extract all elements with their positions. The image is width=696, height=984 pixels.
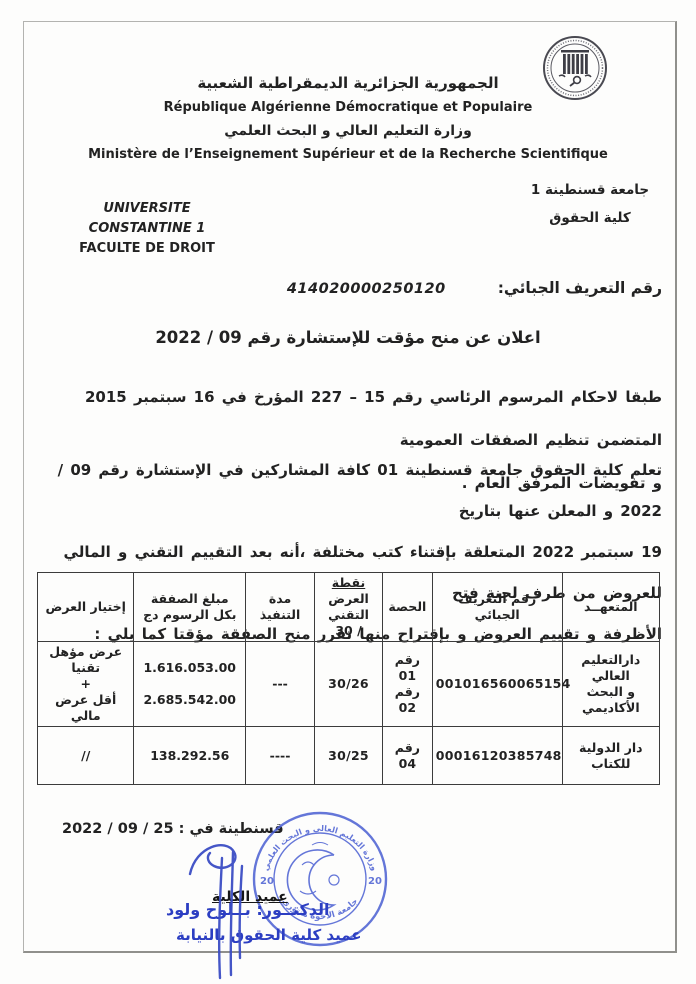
bidder-cell: دار الدولية للكتاب bbox=[562, 727, 659, 785]
table-row: دارالتعليم العالي و البحث الأكاديمي 0010… bbox=[38, 642, 660, 727]
fiscal-id-line: رقم التعريف الجبائي: 414020000250120 bbox=[287, 279, 662, 297]
fiscal-id-value: 414020000250120 bbox=[287, 281, 446, 297]
university-name-arabic: جامعة قسنطينة 1 bbox=[520, 176, 660, 204]
paragraph-line: تعلم كلية الحقوق جامعة قسنطينة 01 كافة ا… bbox=[34, 450, 662, 532]
col-header-offer-choice: إختيار العرض bbox=[38, 573, 134, 642]
ministry-name-arabic: وزارة التعليم العالي و البحث العلمي bbox=[0, 123, 696, 139]
republic-name-french: République Algérienne Démocratique et Po… bbox=[0, 100, 696, 115]
announcement-title: اعلان عن منح مؤقت للإستشارة رقم 09 / 202… bbox=[0, 328, 696, 347]
table-row: دار الدولية للكتاب 00016120385748 رقم 04… bbox=[38, 727, 660, 785]
ministry-name-french: Ministère de l’Enseignement Supérieur et… bbox=[0, 147, 696, 162]
tax-id-cell: 001016560065154 bbox=[432, 642, 562, 727]
col-header-tax-id: رقم التعريف الجبائي bbox=[432, 573, 562, 642]
lot-cell: رقم 04 bbox=[383, 727, 433, 785]
stamp-year-right: 20 bbox=[368, 876, 382, 887]
col-header-technical-score: نقطة العرض التقني / 30 bbox=[315, 573, 383, 642]
university-block-french: UNIVERSITE CONSTANTINE 1 FACULTE DE DROI… bbox=[52, 199, 242, 259]
amount-cell: 138.292.56 bbox=[134, 727, 246, 785]
award-table: المتعهــد رقم التعريف الجبائي الحصة نقطة… bbox=[37, 572, 660, 785]
col-header-lot: الحصة bbox=[383, 573, 433, 642]
faculty-name-arabic: كلية الحقوق bbox=[520, 204, 660, 232]
col-header-bidder: المتعهــد bbox=[562, 573, 659, 642]
technical-score-cell: 30/26 bbox=[315, 642, 383, 727]
university-name-french: UNIVERSITE CONSTANTINE 1 bbox=[52, 199, 242, 239]
letterhead: الجمهورية الجزائرية الديمقراطية الشعبية … bbox=[0, 74, 696, 162]
duration-cell: ---- bbox=[246, 727, 315, 785]
fiscal-id-label: رقم التعريف الجبائي: bbox=[498, 279, 662, 297]
handwritten-signature bbox=[182, 836, 302, 981]
col-header-amount: مبلغ الصفقة بكل الرسوم دج bbox=[134, 573, 246, 642]
offer-choice-cell: // bbox=[38, 727, 134, 785]
tax-id-cell: 00016120385748 bbox=[432, 727, 562, 785]
offer-choice-cell: عرض مؤهل تقنيا + أقل عرض مالي bbox=[38, 642, 134, 727]
scanned-document-page: الجمهورية الجزائرية الديمقراطية الشعبية … bbox=[0, 0, 696, 984]
duration-cell: --- bbox=[246, 642, 315, 727]
bidder-cell: دارالتعليم العالي و البحث الأكاديمي bbox=[562, 642, 659, 727]
lot-cell: رقم 01 رقم 02 bbox=[383, 642, 433, 727]
university-block-arabic: جامعة قسنطينة 1 كلية الحقوق bbox=[520, 176, 660, 232]
amount-cell: 1.616.053.00 2.685.542.00 bbox=[134, 642, 246, 727]
faculty-name-french: FACULTE DE DROIT bbox=[52, 239, 242, 259]
republic-name-arabic: الجمهورية الجزائرية الديمقراطية الشعبية bbox=[0, 74, 696, 92]
table-header-row: المتعهــد رقم التعريف الجبائي الحصة نقطة… bbox=[38, 573, 660, 642]
technical-score-cell: 30/25 bbox=[315, 727, 383, 785]
col-header-duration: مدة التنفيذ bbox=[246, 573, 315, 642]
